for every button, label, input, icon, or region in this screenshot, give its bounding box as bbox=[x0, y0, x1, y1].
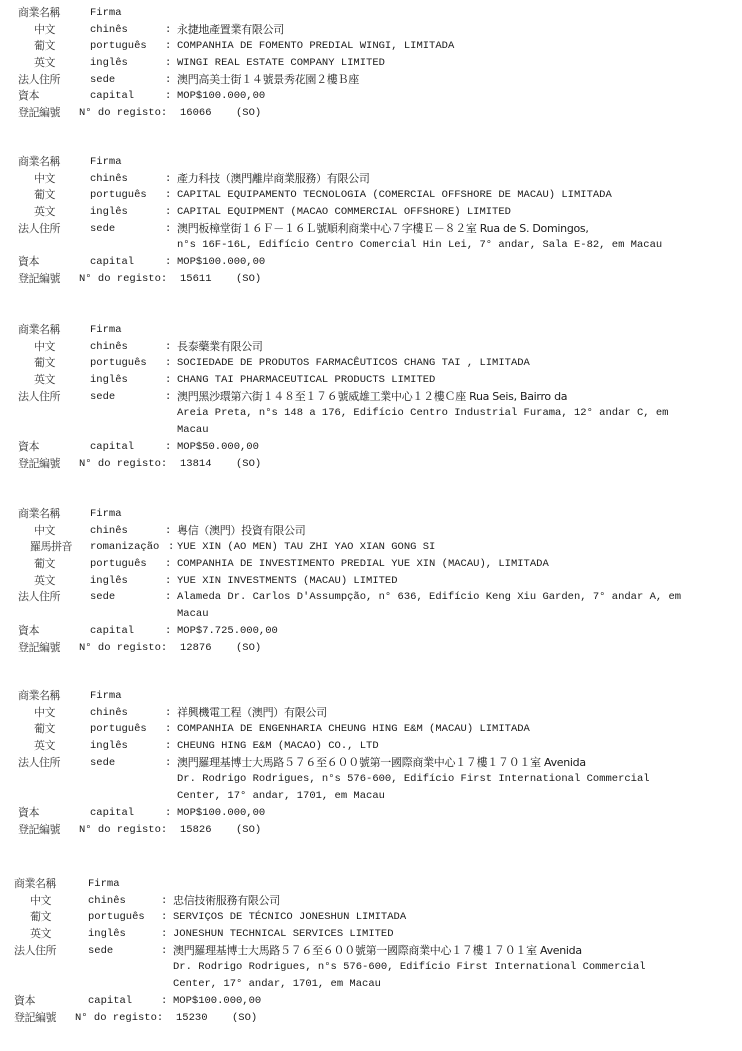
chines-row: 中文 chinês : 長泰藥業有限公司 bbox=[0, 339, 742, 356]
portugues-name: COMPANHIA DE ENGENHARIA CHEUNG HING E&M … bbox=[177, 721, 717, 738]
registo-label-zh: 登記編號 bbox=[18, 456, 60, 473]
colon: : bbox=[165, 556, 171, 573]
registo-label-zh: 登記編號 bbox=[18, 640, 60, 657]
firma-row: 商業名稱 Firma bbox=[0, 876, 742, 893]
registo-label-zh: 登記編號 bbox=[18, 822, 60, 839]
sede-row: 法人住所 sede : 澳門羅理基博士大馬路５７６至６００號第一國際商業中心１７… bbox=[0, 943, 742, 960]
portugues-label-zh: 葡文 bbox=[34, 355, 55, 372]
registo-suffix: (SO) bbox=[236, 640, 261, 657]
chines-name: 產力科技（澳門離岸商業服務）有限公司 bbox=[177, 171, 717, 188]
firma-label-pt: Firma bbox=[90, 688, 122, 705]
sede-continuation-row: Dr. Rodrigo Rodrigues, n°s 576-600, Edif… bbox=[0, 959, 742, 976]
sede-row: 法人住所 sede : 澳門板樟堂街１６Ｆ－１６Ｌ號順利商業中心７字樓Ｅ－８２室… bbox=[0, 221, 742, 238]
portugues-label-pt: português bbox=[90, 38, 147, 55]
chines-row: 中文 chinês : 產力科技（澳門離岸商業服務）有限公司 bbox=[0, 171, 742, 188]
ingles-row: 英文 inglês : CHANG TAI PHARMACEUTICAL PRO… bbox=[0, 372, 742, 389]
registo-number: 15826 bbox=[180, 822, 212, 839]
colon: : bbox=[165, 339, 171, 356]
registo-row: 登記編號 N° do registo: 15611 (SO) bbox=[0, 271, 742, 288]
colon: : bbox=[165, 187, 171, 204]
capital-row: 資本 capital : MOP$100.000,00 bbox=[0, 805, 742, 822]
capital-row: 資本 capital : MOP$100.000,00 bbox=[0, 993, 742, 1010]
sede-label-zh: 法人住所 bbox=[14, 943, 56, 960]
portugues-name: SERVIÇOS DE TÉCNICO JONESHUN LIMITADA bbox=[173, 909, 713, 926]
portugues-label-pt: português bbox=[90, 355, 147, 372]
chines-name: 祥興機電工程（澳門）有限公司 bbox=[177, 705, 717, 722]
colon: : bbox=[165, 171, 171, 188]
sede-label-zh: 法人住所 bbox=[18, 589, 60, 606]
registo-label-zh: 登記編號 bbox=[18, 105, 60, 122]
colon: : bbox=[165, 55, 171, 72]
capital-label-zh: 資本 bbox=[18, 805, 39, 822]
colon: : bbox=[165, 372, 171, 389]
sede-address-line: Dr. Rodrigo Rodrigues, n°s 576-600, Edif… bbox=[177, 771, 717, 788]
portugues-name: COMPANHIA DE INVESTIMENTO PREDIAL YUE XI… bbox=[177, 556, 717, 573]
capital-row: 資本 capital : MOP$100.000,00 bbox=[0, 88, 742, 105]
registo-label-pt: N° do registo: bbox=[79, 822, 167, 839]
chines-label-zh: 中文 bbox=[34, 523, 55, 540]
portugues-row: 葡文 português : SERVIÇOS DE TÉCNICO JONES… bbox=[0, 909, 742, 926]
portugues-row: 葡文 português : CAPITAL EQUIPAMENTO TECNO… bbox=[0, 187, 742, 204]
registo-row: 登記編號 N° do registo: 12876 (SO) bbox=[0, 640, 742, 657]
sede-label-pt: sede bbox=[90, 755, 115, 772]
colon: : bbox=[161, 909, 167, 926]
colon: : bbox=[165, 254, 171, 271]
colon: : bbox=[161, 943, 167, 960]
chines-name: 長泰藥業有限公司 bbox=[177, 339, 717, 356]
ingles-label-zh: 英文 bbox=[30, 926, 51, 943]
capital-label-zh: 資本 bbox=[18, 88, 39, 105]
firma-label-pt: Firma bbox=[90, 322, 122, 339]
registo-suffix: (SO) bbox=[236, 822, 261, 839]
sede-label-zh: 法人住所 bbox=[18, 221, 60, 238]
firma-label-pt: Firma bbox=[88, 876, 120, 893]
registo-label-pt: N° do registo: bbox=[79, 105, 167, 122]
colon: : bbox=[165, 221, 171, 238]
registo-number: 13814 bbox=[180, 456, 212, 473]
colon: : bbox=[161, 993, 167, 1010]
portugues-label-pt: português bbox=[90, 721, 147, 738]
chines-label-zh: 中文 bbox=[30, 893, 51, 910]
firma-row: 商業名稱 Firma bbox=[0, 322, 742, 339]
ingles-label-zh: 英文 bbox=[34, 738, 55, 755]
registo-row: 登記編號 N° do registo: 15826 (SO) bbox=[0, 822, 742, 839]
firma-label-pt: Firma bbox=[90, 154, 122, 171]
registo-row: 登記編號 N° do registo: 15230 (SO) bbox=[0, 1010, 742, 1027]
registo-label-pt: N° do registo: bbox=[79, 456, 167, 473]
company-record: 商業名稱 Firma 中文 chinês : 永捷地產置業有限公司 葡文 por… bbox=[0, 5, 742, 122]
capital-value: MOP$7.725.000,00 bbox=[177, 623, 717, 640]
registo-row: 登記編號 N° do registo: 16066 (SO) bbox=[0, 105, 742, 122]
sede-continuation-row: Dr. Rodrigo Rodrigues, n°s 576-600, Edif… bbox=[0, 771, 742, 788]
capital-label-pt: capital bbox=[90, 439, 134, 456]
capital-value: MOP$50.000,00 bbox=[177, 439, 717, 456]
registo-number: 15611 bbox=[180, 271, 212, 288]
sede-continuation-row: Macau bbox=[0, 422, 742, 439]
ingles-name: CAPITAL EQUIPMENT (MACAO COMMERCIAL OFFS… bbox=[177, 204, 717, 221]
capital-value: MOP$100.000,00 bbox=[177, 254, 717, 271]
portugues-label-pt: português bbox=[88, 909, 145, 926]
ingles-label-pt: inglês bbox=[90, 55, 128, 72]
sede-continuation-row: Center, 17° andar, 1701, em Macau bbox=[0, 976, 742, 993]
capital-label-pt: capital bbox=[90, 623, 134, 640]
chines-name: 粵信（澳門）投資有限公司 bbox=[177, 523, 717, 540]
sede-label-pt: sede bbox=[90, 389, 115, 406]
sede-address-line: 澳門羅理基博士大馬路５７６至６００號第一國際商業中心１７樓１７０１室 Aveni… bbox=[173, 943, 713, 960]
sede-address-line: n°s 16F-16L, Edifício Centro Comercial H… bbox=[177, 237, 717, 254]
sede-address-line: Macau bbox=[177, 606, 717, 623]
ingles-label-zh: 英文 bbox=[34, 55, 55, 72]
chines-label-zh: 中文 bbox=[34, 339, 55, 356]
colon: : bbox=[165, 204, 171, 221]
colon: : bbox=[165, 72, 171, 89]
sede-address-line: 澳門黑沙環第六街１４８至１７６號威雄工業中心１２樓Ｃ座 Rua Seis, Ba… bbox=[177, 389, 717, 406]
ingles-label-zh: 英文 bbox=[34, 573, 55, 590]
chines-row: 中文 chinês : 粵信（澳門）投資有限公司 bbox=[0, 523, 742, 540]
ingles-name: WINGI REAL ESTATE COMPANY LIMITED bbox=[177, 55, 717, 72]
colon: : bbox=[165, 573, 171, 590]
registo-label-pt: N° do registo: bbox=[79, 640, 167, 657]
colon: : bbox=[165, 38, 171, 55]
capital-row: 資本 capital : MOP$50.000,00 bbox=[0, 439, 742, 456]
portugues-name: SOCIEDADE DE PRODUTOS FARMACÊUTICOS CHAN… bbox=[177, 355, 717, 372]
ingles-label-pt: inglês bbox=[90, 204, 128, 221]
company-record: 商業名稱 Firma 中文 chinês : 祥興機電工程（澳門）有限公司 葡文… bbox=[0, 688, 742, 838]
registo-label-zh: 登記編號 bbox=[18, 271, 60, 288]
chines-label-pt: chinês bbox=[90, 705, 128, 722]
chines-label-zh: 中文 bbox=[34, 171, 55, 188]
capital-label-zh: 資本 bbox=[18, 254, 39, 271]
ingles-row: 英文 inglês : YUE XIN INVESTMENTS (MACAU) … bbox=[0, 573, 742, 590]
ingles-label-zh: 英文 bbox=[34, 372, 55, 389]
portugues-row: 葡文 português : SOCIEDADE DE PRODUTOS FAR… bbox=[0, 355, 742, 372]
colon: : bbox=[165, 88, 171, 105]
chines-name: 永捷地產置業有限公司 bbox=[177, 22, 717, 39]
ingles-label-pt: inglês bbox=[90, 738, 128, 755]
chines-label-pt: chinês bbox=[90, 523, 128, 540]
colon: : bbox=[165, 439, 171, 456]
registo-suffix: (SO) bbox=[236, 456, 261, 473]
chines-row: 中文 chinês : 永捷地產置業有限公司 bbox=[0, 22, 742, 39]
firma-label-zh: 商業名稱 bbox=[18, 154, 60, 171]
chines-label-zh: 中文 bbox=[34, 705, 55, 722]
portugues-row: 葡文 português : COMPANHIA DE INVESTIMENTO… bbox=[0, 556, 742, 573]
sede-address-line: Dr. Rodrigo Rodrigues, n°s 576-600, Edif… bbox=[173, 959, 713, 976]
capital-label-pt: capital bbox=[90, 805, 134, 822]
portugues-label-pt: português bbox=[90, 556, 147, 573]
registo-suffix: (SO) bbox=[236, 271, 261, 288]
sede-label-pt: sede bbox=[90, 221, 115, 238]
portugues-name: COMPANHIA DE FOMENTO PREDIAL WINGI, LIMI… bbox=[177, 38, 717, 55]
sede-label-zh: 法人住所 bbox=[18, 389, 60, 406]
registo-row: 登記編號 N° do registo: 13814 (SO) bbox=[0, 456, 742, 473]
firma-label-pt: Firma bbox=[90, 506, 122, 523]
colon: : bbox=[165, 355, 171, 372]
ingles-row: 英文 inglês : WINGI REAL ESTATE COMPANY LI… bbox=[0, 55, 742, 72]
registo-number: 15230 bbox=[176, 1010, 208, 1027]
chines-label-pt: chinês bbox=[90, 171, 128, 188]
capital-value: MOP$100.000,00 bbox=[173, 993, 713, 1010]
sede-continuation-row: Areia Preta, n°s 148 a 176, Edifício Cen… bbox=[0, 405, 742, 422]
colon: : bbox=[165, 738, 171, 755]
colon: : bbox=[165, 755, 171, 772]
colon: : bbox=[165, 805, 171, 822]
portugues-name: CAPITAL EQUIPAMENTO TECNOLOGIA (COMERCIA… bbox=[177, 187, 717, 204]
capital-label-pt: capital bbox=[90, 88, 134, 105]
ingles-name: JONESHUN TECHNICAL SERVICES LIMITED bbox=[173, 926, 713, 943]
sede-label-pt: sede bbox=[90, 72, 115, 89]
sede-address-line: Alameda Dr. Carlos D'Assumpção, n° 636, … bbox=[177, 589, 717, 606]
chines-row: 中文 chinês : 忠信技術服務有限公司 bbox=[0, 893, 742, 910]
registo-label-pt: N° do registo: bbox=[75, 1010, 163, 1027]
capital-value: MOP$100.000,00 bbox=[177, 805, 717, 822]
company-record: 商業名稱 Firma 中文 chinês : 產力科技（澳門離岸商業服務）有限公… bbox=[0, 154, 742, 288]
registo-suffix: (SO) bbox=[236, 105, 261, 122]
firma-row: 商業名稱 Firma bbox=[0, 688, 742, 705]
ingles-name: CHEUNG HING E&M (MACAO) CO., LTD bbox=[177, 738, 717, 755]
romanizacao-row: 羅馬拼音 romanização : YUE XIN (AO MEN) TAU … bbox=[0, 539, 742, 556]
firma-label-zh: 商業名稱 bbox=[18, 5, 60, 22]
sede-address-line: Center, 17° andar, 1701, em Macau bbox=[177, 788, 717, 805]
sede-label-pt: sede bbox=[88, 943, 113, 960]
firma-label-zh: 商業名稱 bbox=[18, 322, 60, 339]
sede-row: 法人住所 sede : Alameda Dr. Carlos D'Assumpç… bbox=[0, 589, 742, 606]
sede-label-zh: 法人住所 bbox=[18, 755, 60, 772]
sede-label-zh: 法人住所 bbox=[18, 72, 60, 89]
sede-address-line: 澳門板樟堂街１６Ｆ－１６Ｌ號順利商業中心７字樓Ｅ－８２室 Rua de S. D… bbox=[177, 221, 717, 238]
colon: : bbox=[165, 22, 171, 39]
chines-name: 忠信技術服務有限公司 bbox=[173, 893, 713, 910]
ingles-row: 英文 inglês : JONESHUN TECHNICAL SERVICES … bbox=[0, 926, 742, 943]
colon: : bbox=[165, 589, 171, 606]
sede-continuation-row: n°s 16F-16L, Edifício Centro Comercial H… bbox=[0, 237, 742, 254]
firma-row: 商業名稱 Firma bbox=[0, 5, 742, 22]
colon: : bbox=[161, 893, 167, 910]
colon: : bbox=[165, 389, 171, 406]
portugues-label-zh: 葡文 bbox=[34, 187, 55, 204]
firma-label-pt: Firma bbox=[90, 5, 122, 22]
colon: : bbox=[165, 523, 171, 540]
registo-label-zh: 登記編號 bbox=[14, 1010, 56, 1027]
romanizacao-label-pt: romanização bbox=[90, 539, 159, 556]
portugues-row: 葡文 português : COMPANHIA DE ENGENHARIA C… bbox=[0, 721, 742, 738]
company-record: 商業名稱 Firma 中文 chinês : 長泰藥業有限公司 葡文 portu… bbox=[0, 322, 742, 472]
sede-address-line: Macau bbox=[177, 422, 717, 439]
firma-label-zh: 商業名稱 bbox=[14, 876, 56, 893]
chines-label-pt: chinês bbox=[90, 22, 128, 39]
portugues-label-zh: 葡文 bbox=[34, 38, 55, 55]
colon: : bbox=[168, 539, 174, 556]
chines-label-pt: chinês bbox=[88, 893, 126, 910]
portugues-label-pt: português bbox=[90, 187, 147, 204]
capital-label-zh: 資本 bbox=[14, 993, 35, 1010]
sede-address-line: 澳門羅理基博士大馬路５７６至６００號第一國際商業中心１７樓１７０１室 Aveni… bbox=[177, 755, 717, 772]
firma-label-zh: 商業名稱 bbox=[18, 506, 60, 523]
portugues-label-zh: 葡文 bbox=[30, 909, 51, 926]
sede-row: 法人住所 sede : 澳門高美士街１４號景秀花園２樓Ｂ座 bbox=[0, 72, 742, 89]
registo-number: 12876 bbox=[180, 640, 212, 657]
portugues-label-zh: 葡文 bbox=[34, 556, 55, 573]
firma-row: 商業名稱 Firma bbox=[0, 154, 742, 171]
colon: : bbox=[165, 623, 171, 640]
ingles-name: CHANG TAI PHARMACEUTICAL PRODUCTS LIMITE… bbox=[177, 372, 717, 389]
sede-address-line: Areia Preta, n°s 148 a 176, Edifício Cen… bbox=[177, 405, 717, 422]
ingles-label-pt: inglês bbox=[90, 372, 128, 389]
firma-label-zh: 商業名稱 bbox=[18, 688, 60, 705]
capital-label-pt: capital bbox=[88, 993, 132, 1010]
registo-label-pt: N° do registo: bbox=[79, 271, 167, 288]
colon: : bbox=[161, 926, 167, 943]
registo-number: 16066 bbox=[180, 105, 212, 122]
colon: : bbox=[165, 705, 171, 722]
sede-label-pt: sede bbox=[90, 589, 115, 606]
chines-row: 中文 chinês : 祥興機電工程（澳門）有限公司 bbox=[0, 705, 742, 722]
ingles-row: 英文 inglês : CHEUNG HING E&M (MACAO) CO.,… bbox=[0, 738, 742, 755]
romanizacao-label-zh: 羅馬拼音 bbox=[30, 539, 72, 556]
company-record: 商業名稱 Firma 中文 chinês : 粵信（澳門）投資有限公司 羅馬拼音… bbox=[0, 506, 742, 656]
romanizacao-name: YUE XIN (AO MEN) TAU ZHI YAO XIAN GONG S… bbox=[177, 539, 717, 556]
ingles-name: YUE XIN INVESTMENTS (MACAU) LIMITED bbox=[177, 573, 717, 590]
sede-continuation-row: Center, 17° andar, 1701, em Macau bbox=[0, 788, 742, 805]
registo-suffix: (SO) bbox=[232, 1010, 257, 1027]
portugues-label-zh: 葡文 bbox=[34, 721, 55, 738]
company-record: 商業名稱 Firma 中文 chinês : 忠信技術服務有限公司 葡文 por… bbox=[0, 876, 742, 1026]
capital-label-zh: 資本 bbox=[18, 439, 39, 456]
ingles-label-pt: inglês bbox=[90, 573, 128, 590]
capital-value: MOP$100.000,00 bbox=[177, 88, 717, 105]
portugues-row: 葡文 português : COMPANHIA DE FOMENTO PRED… bbox=[0, 38, 742, 55]
chines-label-zh: 中文 bbox=[34, 22, 55, 39]
sede-row: 法人住所 sede : 澳門羅理基博士大馬路５７６至６００號第一國際商業中心１７… bbox=[0, 755, 742, 772]
ingles-label-zh: 英文 bbox=[34, 204, 55, 221]
capital-row: 資本 capital : MOP$100.000,00 bbox=[0, 254, 742, 271]
capital-row: 資本 capital : MOP$7.725.000,00 bbox=[0, 623, 742, 640]
ingles-label-pt: inglês bbox=[88, 926, 126, 943]
sede-address-line: Center, 17° andar, 1701, em Macau bbox=[173, 976, 713, 993]
capital-label-zh: 資本 bbox=[18, 623, 39, 640]
chines-label-pt: chinês bbox=[90, 339, 128, 356]
ingles-row: 英文 inglês : CAPITAL EQUIPMENT (MACAO COM… bbox=[0, 204, 742, 221]
sede-continuation-row: Macau bbox=[0, 606, 742, 623]
capital-label-pt: capital bbox=[90, 254, 134, 271]
sede-row: 法人住所 sede : 澳門黑沙環第六街１４８至１７６號威雄工業中心１２樓Ｃ座 … bbox=[0, 389, 742, 406]
sede-address-line: 澳門高美士街１４號景秀花園２樓Ｂ座 bbox=[177, 72, 717, 89]
colon: : bbox=[165, 721, 171, 738]
firma-row: 商業名稱 Firma bbox=[0, 506, 742, 523]
